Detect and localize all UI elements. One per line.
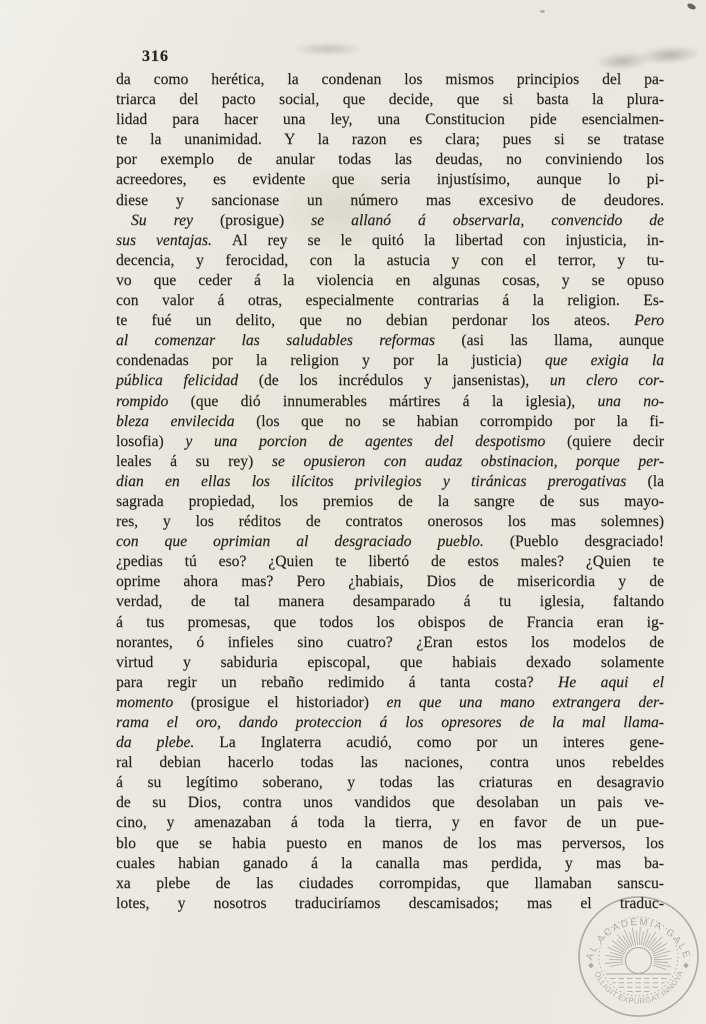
text-segment: da como herética, la condenan los mismos… — [116, 71, 664, 88]
stamp-diamond-left — [588, 963, 594, 969]
text-segment: diese y sancionase un número mas excesiv… — [116, 192, 664, 209]
text-line: ¿pedias tú eso? ¿Quien te libertó de est… — [116, 552, 664, 572]
text-segment: cino, y amenazaban á toda la tierra, y e… — [116, 814, 664, 831]
text-segment: condenadas por la religion y por la just… — [116, 352, 545, 369]
text-line: dian en ellas los ilícitos privilegios y… — [116, 472, 664, 492]
text-segment: (asi las llama, aunque — [461, 332, 664, 349]
italic-text-segment: al comenzar las saludables reformas — [116, 332, 461, 349]
text-segment: para regir un rebaño redimido á tanta co… — [116, 674, 558, 691]
text-segment: cuales habian ganado á la canalla mas pe… — [116, 855, 664, 872]
text-segment: te la unanimidad. Y la razon es clara; p… — [116, 131, 664, 148]
text-line: al comenzar las saludables reformas (asi… — [116, 331, 664, 351]
text-segment: por exemplo de anular todas las deudas, … — [116, 151, 664, 168]
text-segment: decencia, y ferocidad, con la astucia y … — [116, 252, 664, 269]
scan-speck — [540, 10, 545, 13]
text-line: leales á su rey) se opusieron con audaz … — [116, 452, 664, 472]
italic-text-segment: una no- — [598, 393, 665, 410]
text-line: blo que se habia puesto en manos de los … — [116, 834, 664, 854]
bleedthrough-mark — [288, 40, 368, 58]
italic-text-segment: se allanó á observarla, convencido de — [311, 212, 664, 229]
text-line: á tus promesas, que todos los obispos de… — [116, 613, 664, 633]
text-segment: á su legítimo soberano, y todas las cria… — [116, 774, 664, 791]
italic-text-segment: bleza envilecida — [116, 413, 256, 430]
text-line: losofia) y una porcion de agentes del de… — [116, 432, 664, 452]
text-line: de su Dios, contra unos vandidos que des… — [116, 793, 664, 813]
text-segment: triarca del pacto social, que decide, qu… — [116, 91, 664, 108]
text-segment: virtud y sabiduria episcopal, que habiai… — [116, 654, 664, 671]
text-line: sus ventajas. Al rey se le quitó la libe… — [116, 231, 664, 251]
text-segment: de su Dios, contra unos vandidos que des… — [116, 794, 664, 811]
text-segment: verdad, de tal manera desamparado á tu i… — [116, 593, 664, 610]
text-segment: losofia) — [116, 433, 185, 450]
italic-text-segment: da plebe. — [116, 734, 219, 751]
text-line: te la unanimidad. Y la razon es clara; p… — [116, 130, 664, 150]
italic-text-segment: en que una mano extrangera der- — [387, 694, 664, 711]
italic-text-segment: y una porcion de agentes del despotismo — [185, 433, 567, 450]
text-line: vo que ceder á la violencia en algunas c… — [116, 271, 664, 291]
text-line: res, y los réditos de contratos onerosos… — [116, 512, 664, 532]
text-segment: leales á su rey) — [116, 453, 272, 470]
text-line: norantes, ó infieles sino cuatro? ¿Eran … — [116, 633, 664, 653]
italic-text-segment: sus ventajas. — [116, 232, 232, 249]
text-line: condenadas por la religion y por la just… — [116, 351, 664, 371]
text-segment: (quiere decir — [567, 433, 664, 450]
text-line: rompido (que dió innumerables mártires á… — [116, 392, 664, 412]
text-segment: blo que se habia puesto en manos de los … — [116, 835, 664, 852]
text-line: da plebe. La Inglaterra acudió, como por… — [116, 733, 664, 753]
sun-disc — [626, 948, 652, 974]
italic-text-segment: rama el oro, dando proteccion á los opre… — [116, 714, 664, 731]
text-segment: (que dió innumerables mártires á la igle… — [191, 393, 598, 410]
library-stamp-icon: REAL ACADEMIA GALEGA COLLIGIT.EXPURGAT.I… — [575, 893, 702, 1020]
text-segment: con valor á otras, especialmente contrar… — [116, 292, 664, 309]
text-line: sagrada propiedad, los premios de la san… — [116, 492, 664, 512]
text-line: rama el oro, dando proteccion á los opre… — [116, 713, 664, 733]
italic-text-segment: He aqui el — [558, 674, 664, 691]
italic-text-segment: Pero — [634, 312, 664, 329]
italic-text-segment: se opusieron con audaz obstinacion, porq… — [272, 453, 664, 470]
text-segment: oprime ahora mas? Pero ¿habiais, Dios de… — [116, 573, 664, 590]
italic-text-segment: momento — [116, 694, 191, 711]
text-segment: (de los incrédulos y jansenistas), — [259, 372, 550, 389]
text-line: pública felicidad (de los incrédulos y j… — [116, 371, 664, 391]
text-segment: ral debian hacerlo todas las naciones, c… — [116, 754, 664, 771]
text-line: acreedores, es evidente que seria injust… — [116, 170, 664, 190]
text-line: triarca del pacto social, que decide, qu… — [116, 90, 664, 110]
stamp-top-text: REAL ACADEMIA GALEGA — [584, 917, 692, 962]
text-line: diese y sancionase un número mas excesiv… — [116, 191, 664, 211]
text-line: oprime ahora mas? Pero ¿habiais, Dios de… — [116, 572, 664, 592]
text-line: cuales habian ganado á la canalla mas pe… — [116, 854, 664, 874]
text-segment: lidad para hacer una ley, una Constituci… — [116, 111, 664, 128]
italic-text-segment: dian en ellas los ilícitos privilegios y… — [116, 473, 648, 490]
italic-text-segment: pública felicidad — [116, 372, 259, 389]
book-page: 316 da como herética, la condenan los mi… — [0, 0, 706, 1024]
text-line: con que oprimian al desgraciado pueblo. … — [116, 532, 664, 552]
text-line: con valor á otras, especialmente contrar… — [116, 291, 664, 311]
text-segment: La Inglaterra acudió, como por un intere… — [219, 734, 664, 751]
text-line: bleza envilecida (los que no se habian c… — [116, 412, 664, 432]
text-line: verdad, de tal manera desamparado á tu i… — [116, 592, 664, 612]
text-segment: á tus promesas, que todos los obispos de… — [116, 614, 664, 631]
text-segment: Al rey se le quitó la libertad con injus… — [232, 232, 664, 249]
text-block: da como herética, la condenan los mismos… — [116, 70, 664, 914]
italic-text-segment: con que oprimian al desgraciado pueblo. — [116, 533, 510, 550]
scan-speck — [686, 2, 696, 10]
text-line: da como herética, la condenan los mismos… — [116, 70, 664, 90]
text-segment: (la — [648, 473, 664, 490]
italic-text-segment: Su rey — [131, 212, 220, 229]
text-segment: vo que ceder á la violencia en algunas c… — [116, 272, 664, 289]
text-line: á su legítimo soberano, y todas las cria… — [116, 773, 664, 793]
text-line: por exemplo de anular todas las deudas, … — [116, 150, 664, 170]
text-segment: (los que no se habian corrompido por la … — [256, 413, 664, 430]
text-segment: (prosigue el historiador) — [191, 694, 387, 711]
text-line: virtud y sabiduria episcopal, que habiai… — [116, 653, 664, 673]
text-line: decencia, y ferocidad, con la astucia y … — [116, 251, 664, 271]
italic-text-segment: rompido — [116, 393, 191, 410]
text-line: lidad para hacer una ley, una Constituci… — [116, 110, 664, 130]
text-line: ral debian hacerlo todas las naciones, c… — [116, 753, 664, 773]
text-line: momento (prosigue el historiador) en que… — [116, 693, 664, 713]
text-line: Su rey (prosigue) se allanó á observarla… — [116, 211, 664, 231]
stamp-bottom-text: COLLIGIT.EXPURGAT.INNOVAT — [593, 950, 686, 1006]
text-segment: norantes, ó infieles sino cuatro? ¿Eran … — [116, 634, 664, 651]
text-segment: te fué un delito, que no debian perdonar… — [116, 312, 634, 329]
sun-icon — [602, 927, 676, 996]
text-line: xa plebe de las ciudades corrompidas, qu… — [116, 874, 664, 894]
stamp-diamond-right — [683, 963, 689, 969]
italic-text-segment: que exigia la — [545, 352, 664, 369]
text-segment: (prosigue) — [220, 212, 311, 229]
text-segment: xa plebe de las ciudades corrompidas, qu… — [116, 875, 664, 892]
text-segment: acreedores, es evidente que seria injust… — [116, 171, 664, 188]
text-segment: sagrada propiedad, los premios de la san… — [116, 493, 664, 510]
text-segment: res, y los réditos de contratos onerosos… — [116, 513, 664, 530]
text-line: te fué un delito, que no debian perdonar… — [116, 311, 664, 331]
text-segment: ¿pedias tú eso? ¿Quien te libertó de est… — [116, 553, 664, 570]
text-line: cino, y amenazaban á toda la tierra, y e… — [116, 813, 664, 833]
text-line: para regir un rebaño redimido á tanta co… — [116, 673, 664, 693]
page-number: 316 — [142, 48, 169, 66]
italic-text-segment: un clero cor- — [550, 372, 664, 389]
text-segment: (Pueblo desgraciado! — [510, 533, 664, 550]
